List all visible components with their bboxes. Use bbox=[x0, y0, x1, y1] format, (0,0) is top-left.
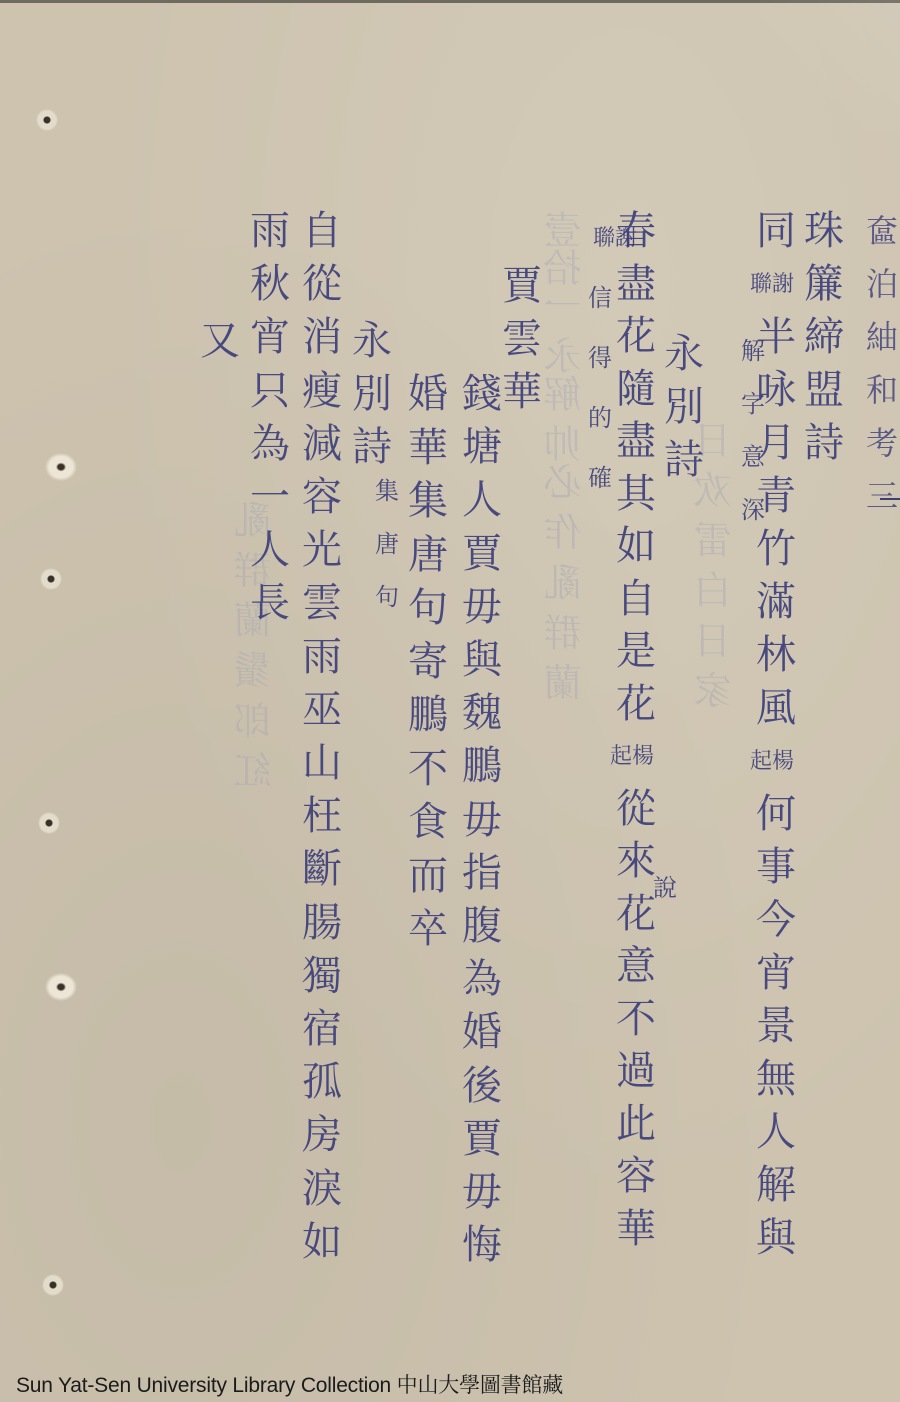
manuscript-char: 林 bbox=[752, 629, 800, 682]
manuscript-char: 奩 bbox=[858, 205, 900, 258]
manuscript-char: 鵬 bbox=[404, 689, 452, 742]
punch-hole bbox=[38, 812, 60, 834]
manuscript-char: 何 bbox=[752, 788, 800, 841]
bleed-through-text: 壹拾一 永解 帅必 作 亂 群 蘭 bbox=[540, 210, 593, 1010]
manuscript-char: 悔 bbox=[458, 1219, 506, 1272]
manuscript-char: 永 bbox=[348, 315, 396, 368]
punch-hole bbox=[36, 109, 58, 131]
manuscript-char: 雲 bbox=[498, 313, 546, 366]
manuscript-char: 山 bbox=[298, 737, 346, 790]
manuscript-char: 無 bbox=[752, 1053, 800, 1106]
manuscript-char: 盡 bbox=[612, 415, 660, 468]
manuscript-char: 永 bbox=[660, 328, 708, 381]
manuscript-char: 意 bbox=[612, 940, 660, 993]
manuscript-char: 聯謝 bbox=[585, 212, 645, 265]
manuscript-char: 光 bbox=[298, 524, 346, 577]
punch-hole bbox=[44, 972, 78, 1002]
manuscript-char: 人 bbox=[458, 474, 506, 527]
manuscript-char: 詩 bbox=[800, 417, 848, 470]
manuscript-char: 從 bbox=[612, 783, 660, 836]
manuscript-char: 一 bbox=[246, 471, 294, 524]
paper-fold bbox=[760, 0, 900, 130]
manuscript-char: 毋 bbox=[458, 794, 506, 847]
manuscript-char: 詩 bbox=[348, 421, 396, 474]
manuscript-char: 雲 bbox=[298, 577, 346, 630]
manuscript-char: 魏 bbox=[458, 687, 506, 740]
manuscript-char: 毋 bbox=[458, 581, 506, 634]
manuscript-char: 為 bbox=[458, 953, 506, 1006]
manuscript-char: 又 bbox=[196, 315, 244, 368]
manuscript-char: 容 bbox=[612, 1150, 660, 1203]
manuscript-char: 秋 bbox=[246, 258, 294, 311]
manuscript-char: 起楊 bbox=[602, 730, 662, 783]
manuscript-char: 事 bbox=[752, 841, 800, 894]
manuscript-char: 起楊 bbox=[742, 735, 802, 788]
manuscript-char: 宵 bbox=[752, 947, 800, 1000]
manuscript-char: 人 bbox=[246, 524, 294, 577]
manuscript-char: 泊 bbox=[858, 258, 900, 311]
manuscript-char: 別 bbox=[660, 381, 708, 434]
manuscript-char: 三 bbox=[858, 470, 900, 523]
bleed-through-text: 日 欢 雷 白 日 家 bbox=[690, 420, 743, 1120]
manuscript-char: 和 bbox=[858, 364, 900, 417]
manuscript-char: 唐 bbox=[372, 518, 402, 571]
manuscript-char: 錢 bbox=[458, 368, 506, 421]
manuscript-char: 紬 bbox=[858, 311, 900, 364]
punch-hole bbox=[44, 452, 78, 482]
manuscript-char: 解 bbox=[752, 1159, 800, 1212]
manuscript-char: 隨 bbox=[612, 363, 660, 416]
manuscript-char: 滿 bbox=[752, 576, 800, 629]
manuscript-char: 不 bbox=[612, 993, 660, 1046]
manuscript-char: 不 bbox=[404, 743, 452, 796]
punch-hole bbox=[40, 568, 62, 590]
manuscript-char: 詩 bbox=[660, 434, 708, 487]
underline-mark bbox=[880, 498, 900, 500]
manuscript-char: 深 bbox=[738, 484, 768, 537]
manuscript-char: 婚 bbox=[404, 368, 452, 421]
manuscript-char: 人 bbox=[752, 1106, 800, 1159]
manuscript-char: 今 bbox=[752, 894, 800, 947]
manuscript-char: 宵 bbox=[246, 311, 294, 364]
manuscript-char: 寄 bbox=[404, 636, 452, 689]
manuscript-char: 解 bbox=[738, 325, 768, 378]
manuscript-char: 景 bbox=[752, 1000, 800, 1053]
manuscript-char: 賈 bbox=[498, 260, 546, 313]
punch-hole bbox=[42, 1274, 64, 1296]
manuscript-char: 的 bbox=[585, 392, 615, 445]
manuscript-char: 如 bbox=[298, 1216, 346, 1269]
manuscript-char: 過 bbox=[612, 1045, 660, 1098]
manuscript-char: 孤 bbox=[298, 1056, 346, 1109]
manuscript-char: 自 bbox=[298, 205, 346, 258]
manuscript-char: 獨 bbox=[298, 950, 346, 1003]
manuscript-char: 盟 bbox=[800, 364, 848, 417]
manuscript-char: 花 bbox=[612, 678, 660, 731]
manuscript-char: 腸 bbox=[298, 897, 346, 950]
manuscript-char: 句 bbox=[372, 571, 402, 624]
manuscript-char: 房 bbox=[298, 1109, 346, 1162]
manuscript-char: 集 bbox=[404, 475, 452, 528]
manuscript-char: 卒 bbox=[404, 903, 452, 956]
manuscript-char: 此 bbox=[612, 1098, 660, 1151]
manuscript-char: 雨 bbox=[298, 631, 346, 684]
manuscript-char: 締 bbox=[800, 311, 848, 364]
manuscript-char: 別 bbox=[348, 368, 396, 421]
manuscript-char: 消 bbox=[298, 311, 346, 364]
manuscript-char: 淚 bbox=[298, 1163, 346, 1216]
manuscript-char: 毋 bbox=[458, 1166, 506, 1219]
manuscript-char: 意 bbox=[738, 431, 768, 484]
manuscript-char: 自 bbox=[612, 573, 660, 626]
manuscript-char: 簾 bbox=[800, 258, 848, 311]
manuscript-char: 華 bbox=[612, 1203, 660, 1256]
manuscript-char: 字 bbox=[738, 378, 768, 431]
manuscript-char: 賈 bbox=[458, 1113, 506, 1166]
manuscript-char: 容 bbox=[298, 471, 346, 524]
manuscript-char: 說 bbox=[650, 862, 680, 915]
manuscript-char: 斷 bbox=[298, 843, 346, 896]
manuscript-char: 而 bbox=[404, 850, 452, 903]
manuscript-char: 指 bbox=[458, 847, 506, 900]
library-credit: Sun Yat-Sen University Library Collectio… bbox=[16, 1369, 563, 1399]
manuscript-char: 與 bbox=[458, 634, 506, 687]
manuscript-char: 塘 bbox=[458, 421, 506, 474]
manuscript-char: 瘦 bbox=[298, 365, 346, 418]
manuscript-char: 盡 bbox=[612, 258, 660, 311]
manuscript-char: 食 bbox=[404, 796, 452, 849]
manuscript-char: 句 bbox=[404, 582, 452, 635]
manuscript-char: 花 bbox=[612, 310, 660, 363]
manuscript-char: 考 bbox=[858, 417, 900, 470]
manuscript-char: 宿 bbox=[298, 1003, 346, 1056]
manuscript-char: 後 bbox=[458, 1060, 506, 1113]
manuscript-char: 鵬 bbox=[458, 740, 506, 793]
manuscript-char: 雨 bbox=[246, 205, 294, 258]
manuscript-char: 巫 bbox=[298, 684, 346, 737]
manuscript-char: 風 bbox=[752, 682, 800, 735]
manuscript-char: 信 bbox=[585, 272, 615, 325]
manuscript-char: 從 bbox=[298, 258, 346, 311]
manuscript-char: 為 bbox=[246, 418, 294, 471]
manuscript-char: 只 bbox=[246, 365, 294, 418]
manuscript-char: 婚 bbox=[458, 1006, 506, 1059]
manuscript-char: 賈 bbox=[458, 528, 506, 581]
manuscript-char: 與 bbox=[752, 1212, 800, 1265]
manuscript-char: 確 bbox=[585, 452, 615, 505]
manuscript-char: 聯謝 bbox=[742, 258, 802, 311]
manuscript-char: 同 bbox=[752, 205, 800, 258]
manuscript-char: 減 bbox=[298, 418, 346, 471]
manuscript-char: 腹 bbox=[458, 900, 506, 953]
manuscript-char: 是 bbox=[612, 625, 660, 678]
manuscript-char: 其 bbox=[612, 468, 660, 521]
manuscript-char: 枉 bbox=[298, 790, 346, 843]
manuscript-char: 珠 bbox=[800, 205, 848, 258]
manuscript-char: 得 bbox=[585, 332, 615, 385]
manuscript-char: 華 bbox=[404, 422, 452, 475]
manuscript-char: 長 bbox=[246, 577, 294, 630]
manuscript-char: 如 bbox=[612, 520, 660, 573]
manuscript-char: 唐 bbox=[404, 529, 452, 582]
